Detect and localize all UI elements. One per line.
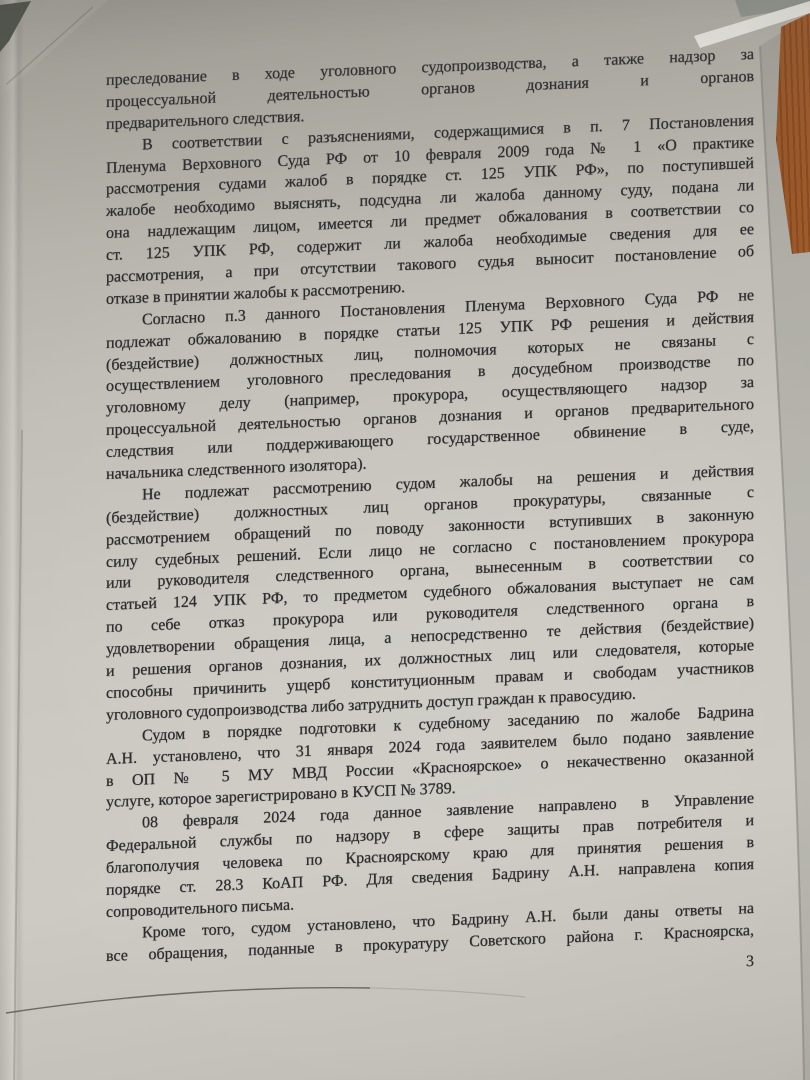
bottom-sheet-edge-line-faint	[370, 988, 525, 997]
background-behind-paper	[0, 0, 810, 40]
document-page-text: преследование в ходе уголовного судопрои…	[106, 44, 754, 998]
document-photo: преследование в ходе уголовного судопрои…	[0, 0, 810, 1080]
